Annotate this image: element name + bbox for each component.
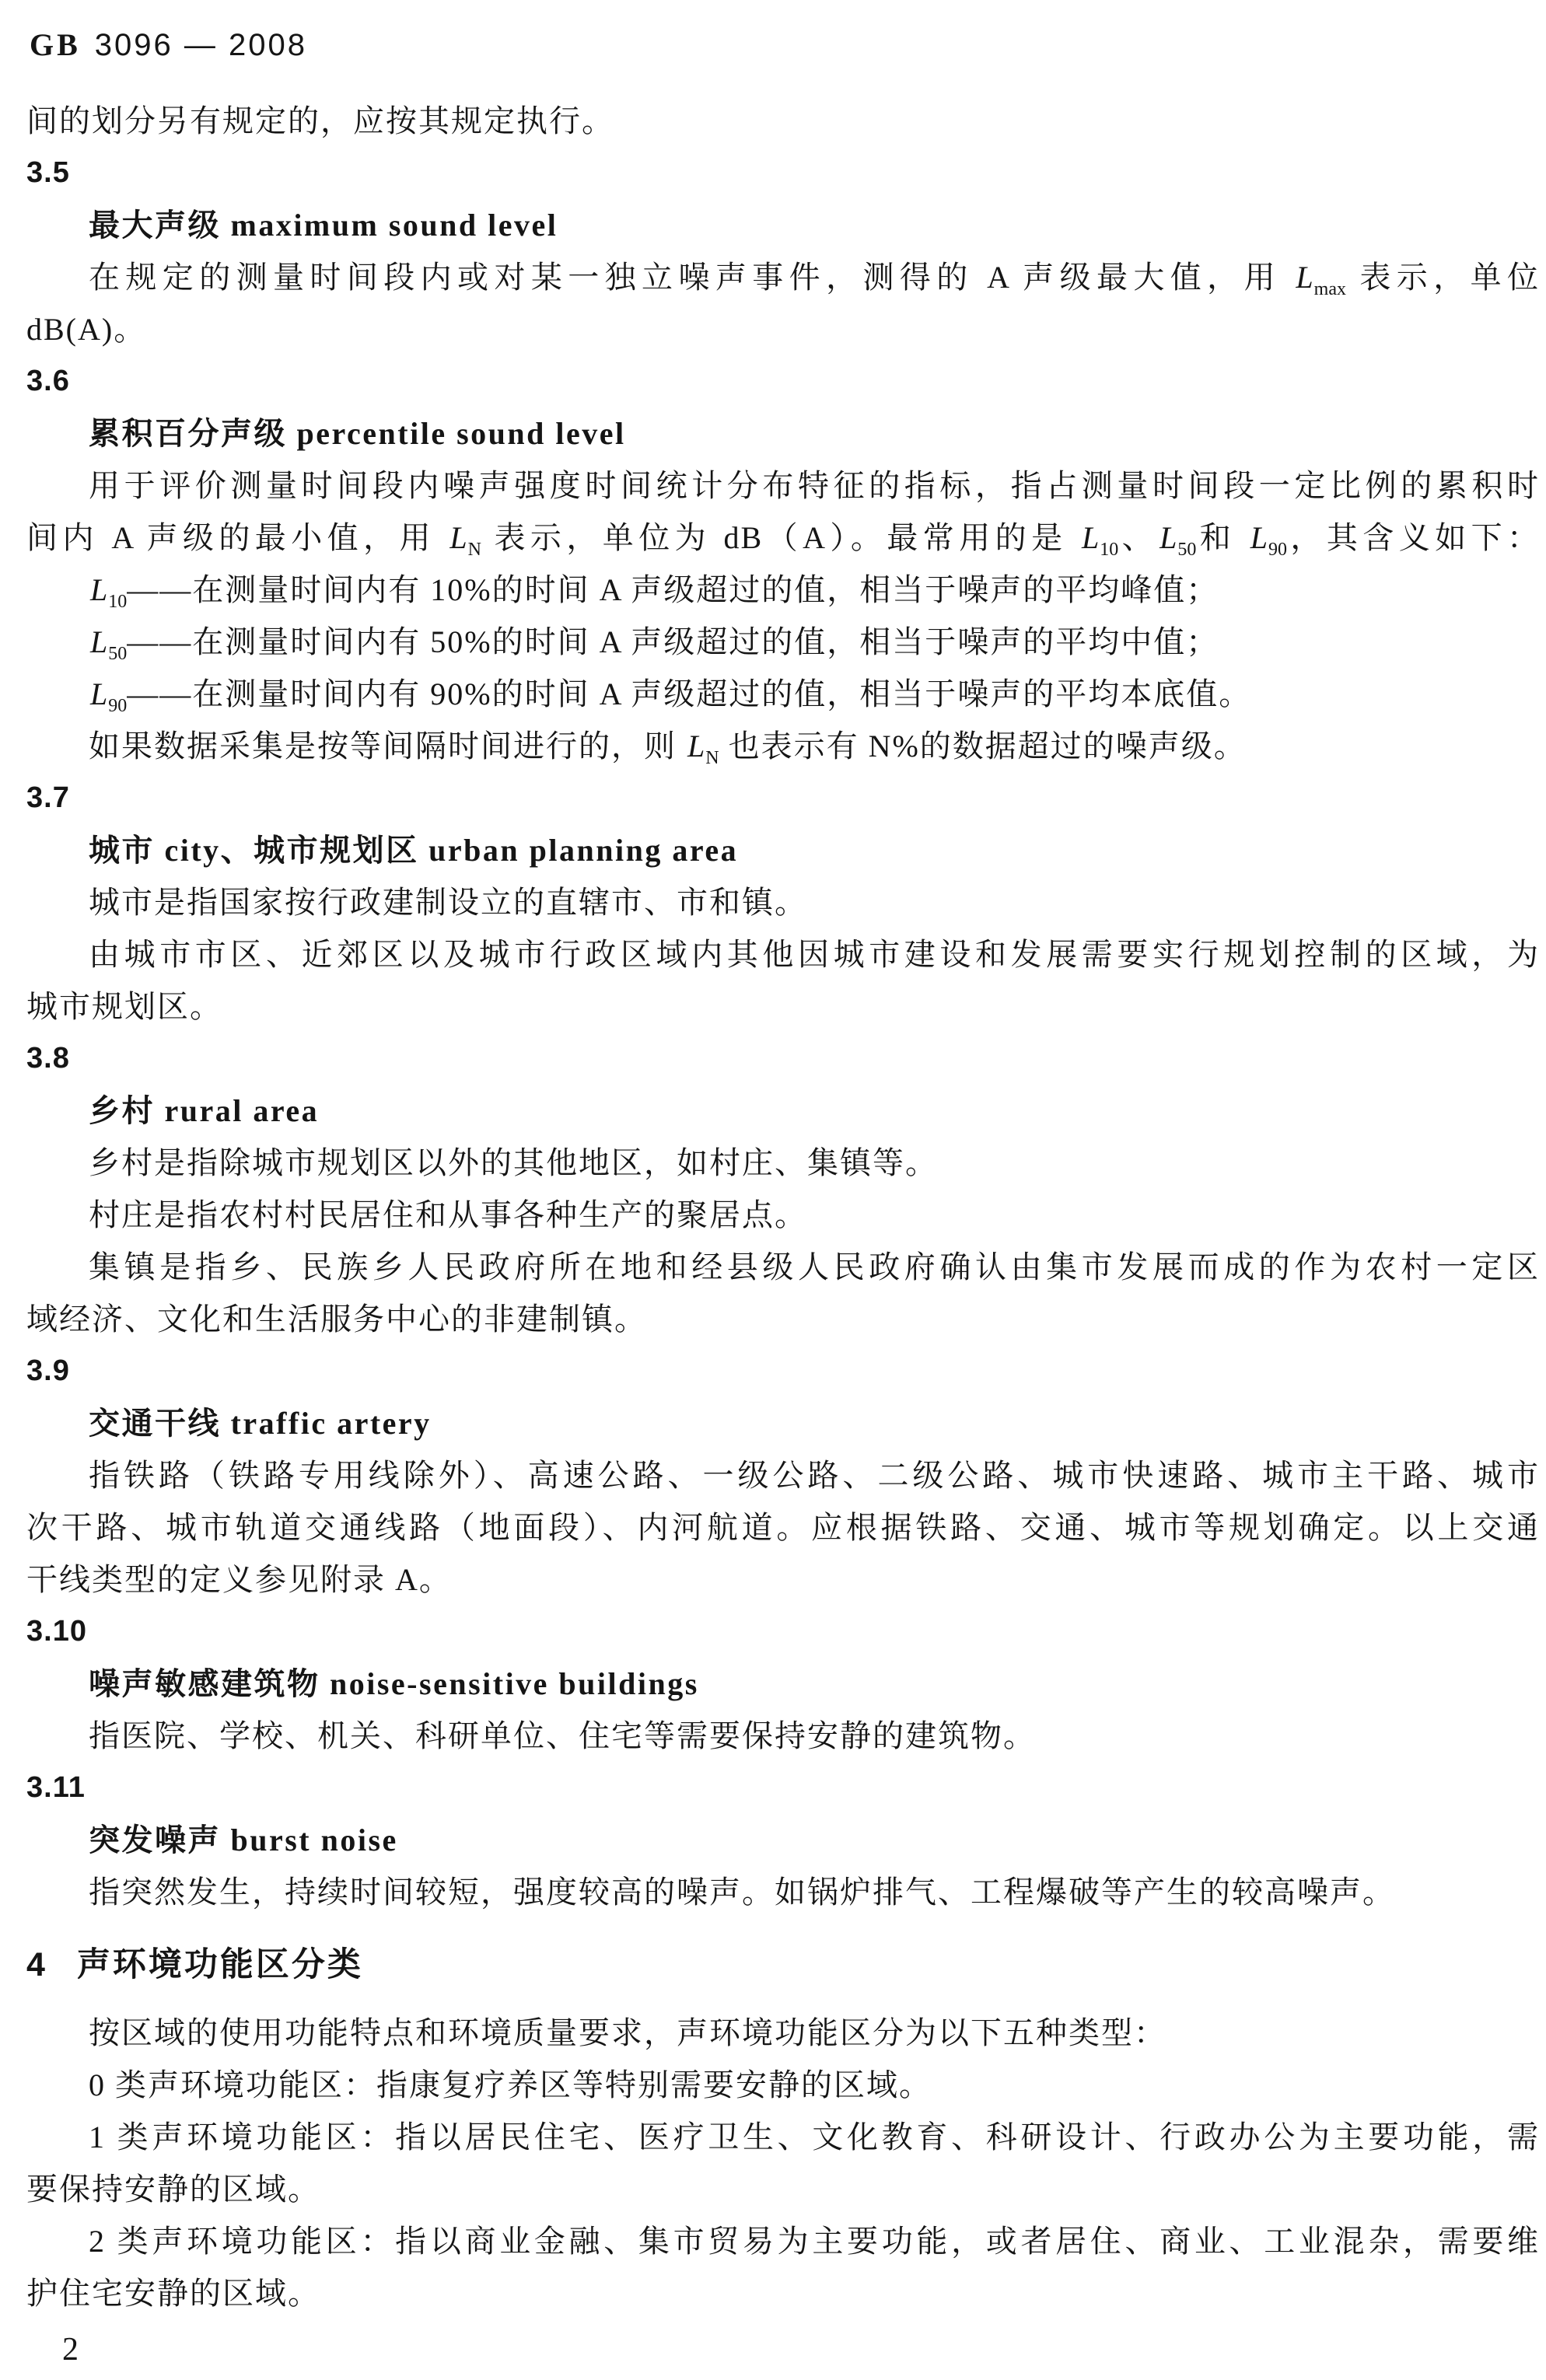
L-symbol: L <box>1294 260 1313 295</box>
body-text: 、 <box>1118 520 1158 555</box>
l90-definition-line: L90——在测量时间内有 90%的时间 A 声级超过的值，相当于噪声的平均本底值… <box>26 668 1540 720</box>
clause-3-10-term-heading: 噪声敏感建筑物 noise-sensitive buildings <box>26 1658 1540 1710</box>
clause-3-8-body-line-4: 域经济、文化和生活服务中心的非建制镇。 <box>26 1293 1540 1345</box>
l50-definition-line: L50——在测量时间内有 50%的时间 A 声级超过的值，相当于噪声的平均中值； <box>26 616 1540 668</box>
clause-3-10-body-line-1: 指医院、学校、机关、科研单位、住宅等需要保持安静的建筑物。 <box>26 1710 1540 1762</box>
body-text: 在规定的测量时间段内或对某一独立噪声事件，测得的 A 声级最大值，用 <box>89 260 1294 295</box>
clause-3-8-number: 3.8 <box>26 1033 1540 1085</box>
L-subscript-max: max <box>1314 279 1346 299</box>
clause-3-7-term-heading: 城市 city、城市规划区 urban planning area <box>26 824 1540 876</box>
section-4-class-2-line-2: 护住宅安静的区域。 <box>26 2267 1540 2319</box>
body-text: 也表示有 N%的数据超过的噪声级。 <box>719 729 1247 764</box>
document-page: GB3096 — 2008 间的划分另有规定的，应按其规定执行。 3.5 最大声… <box>0 0 1546 2380</box>
L-subscript-50: 50 <box>1177 540 1196 560</box>
clause-3-9-term-heading: 交通干线 traffic artery <box>26 1397 1540 1449</box>
clause-3-8-body-line-1: 乡村是指除城市规划区以外的其他地区，如村庄、集镇等。 <box>26 1137 1540 1189</box>
clause-3-6-body-line-1: 用于评价测量时间段内噪声强度时间统计分布特征的指标，指占测量时间段一定比例的累积… <box>26 460 1540 512</box>
section-4-class-2-line-1: 2 类声环境功能区：指以商业金融、集市贸易为主要功能，或者居住、商业、工业混杂，… <box>26 2215 1540 2267</box>
clause-3-10-number: 3.10 <box>26 1606 1540 1658</box>
L-subscript-10: 10 <box>108 592 127 612</box>
body-text: 如果数据采集是按等间隔时间进行的，则 <box>89 729 686 764</box>
L-symbol: L <box>686 729 705 764</box>
clause-3-8-term-heading: 乡村 rural area <box>26 1085 1540 1137</box>
L-subscript-N: N <box>705 748 719 768</box>
L-symbol: L <box>448 520 467 555</box>
clause-3-8-body-line-3: 集镇是指乡、民族乡人民政府所在地和经县级人民政府确认由集市发展而成的作为农村一定… <box>26 1241 1540 1293</box>
L-subscript-90: 90 <box>108 696 127 716</box>
body-text: 表示，单位为 dB（A）。最常用的是 <box>481 520 1080 555</box>
section-4-title: 声环境功能区分类 <box>77 1946 363 1983</box>
L-subscript-10: 10 <box>1100 540 1118 560</box>
body-text: ——在测量时间内有 10%的时间 A 声级超过的值，相当于噪声的平均峰值； <box>127 572 1219 607</box>
standard-code: GB <box>30 27 81 62</box>
section-4-class-1-line-2: 要保持安静的区域。 <box>26 2163 1540 2215</box>
clause-3-7-number: 3.7 <box>26 772 1540 824</box>
l10-definition-line: L10——在测量时间内有 10%的时间 A 声级超过的值，相当于噪声的平均峰值； <box>26 564 1540 616</box>
body-text: ——在测量时间内有 50%的时间 A 声级超过的值，相当于噪声的平均中值； <box>127 624 1219 659</box>
L-symbol: L <box>1249 520 1268 555</box>
page-number: 2 <box>62 2330 1540 2369</box>
L-subscript-N: N <box>468 540 481 560</box>
clause-3-9-body-line-3: 干线类型的定义参见附录 A。 <box>26 1553 1540 1606</box>
L-symbol: L <box>89 676 108 711</box>
clause-3-6-body-line-2: 间内 A 声级的最小值，用 LN 表示，单位为 dB（A）。最常用的是 L10、… <box>26 512 1540 564</box>
clause-3-7-body-line-2: 由城市市区、近郊区以及城市行政区域内其他因城市建设和发展需要实行规划控制的区域，… <box>26 928 1540 980</box>
clause-3-11-term-heading: 突发噪声 burst noise <box>26 1814 1540 1866</box>
clause-3-5-term-heading: 最大声级 maximum sound level <box>26 199 1540 251</box>
clause-3-5-body-line-2: dB(A)。 <box>26 303 1540 355</box>
section-4-body-line-1: 按区域的使用功能特点和环境质量要求，声环境功能区分为以下五种类型： <box>26 2007 1540 2059</box>
body-text: 和 <box>1196 520 1248 555</box>
L-symbol: L <box>89 572 108 607</box>
clause-3-9-body-line-1: 指铁路（铁路专用线除外）、高速公路、一级公路、二级公路、城市快速路、城市主干路、… <box>26 1449 1540 1501</box>
body-text: 表示，单位 <box>1346 260 1540 295</box>
clause-3-5-body-line-1: 在规定的测量时间段内或对某一独立噪声事件，测得的 A 声级最大值，用 Lmax … <box>26 251 1540 303</box>
clause-3-9-number: 3.9 <box>26 1345 1540 1397</box>
L-symbol: L <box>89 624 108 659</box>
L-symbol: L <box>1080 520 1100 555</box>
section-4-number: 4 <box>26 1946 47 1983</box>
L-symbol: L <box>1158 520 1177 555</box>
section-4-class-0-line: 0 类声环境功能区：指康复疗养区等特别需要安静的区域。 <box>26 2059 1540 2111</box>
L-subscript-90: 90 <box>1268 540 1287 560</box>
body-text: 间内 A 声级的最小值，用 <box>26 520 448 555</box>
body-text: ，其含义如下： <box>1287 520 1540 555</box>
clause-3-7-body-line-3: 城市规划区。 <box>26 980 1540 1033</box>
clause-3-5-number: 3.5 <box>26 147 1540 199</box>
section-4-heading: 4声环境功能区分类 <box>26 1937 1540 1993</box>
clause-3-8-body-line-2: 村庄是指农村村民居住和从事各种生产的聚居点。 <box>26 1189 1540 1241</box>
clause-3-11-number: 3.11 <box>26 1762 1540 1814</box>
carryover-paragraph-line: 间的划分另有规定的，应按其规定执行。 <box>26 95 1540 147</box>
clause-3-6-number: 3.6 <box>26 355 1540 407</box>
clause-3-6-note-line: 如果数据采集是按等间隔时间进行的，则 LN 也表示有 N%的数据超过的噪声级。 <box>26 720 1540 772</box>
clause-3-7-body-line-1: 城市是指国家按行政建制设立的直辖市、市和镇。 <box>26 876 1540 928</box>
document-header: GB3096 — 2008 <box>30 25 1540 65</box>
L-subscript-50: 50 <box>108 644 127 664</box>
section-4-class-1-line-1: 1 类声环境功能区：指以居民住宅、医疗卫生、文化教育、科研设计、行政办公为主要功… <box>26 2111 1540 2163</box>
clause-3-9-body-line-2: 次干路、城市轨道交通线路（地面段）、内河航道。应根据铁路、交通、城市等规划确定。… <box>26 1501 1540 1553</box>
clause-3-6-term-heading: 累积百分声级 percentile sound level <box>26 407 1540 460</box>
body-text: ——在测量时间内有 90%的时间 A 声级超过的值，相当于噪声的平均本底值。 <box>127 676 1251 711</box>
clause-3-11-body-line-1: 指突然发生，持续时间较短，强度较高的噪声。如锅炉排气、工程爆破等产生的较高噪声。 <box>26 1866 1540 1918</box>
standard-number: 3096 — 2008 <box>95 28 307 62</box>
